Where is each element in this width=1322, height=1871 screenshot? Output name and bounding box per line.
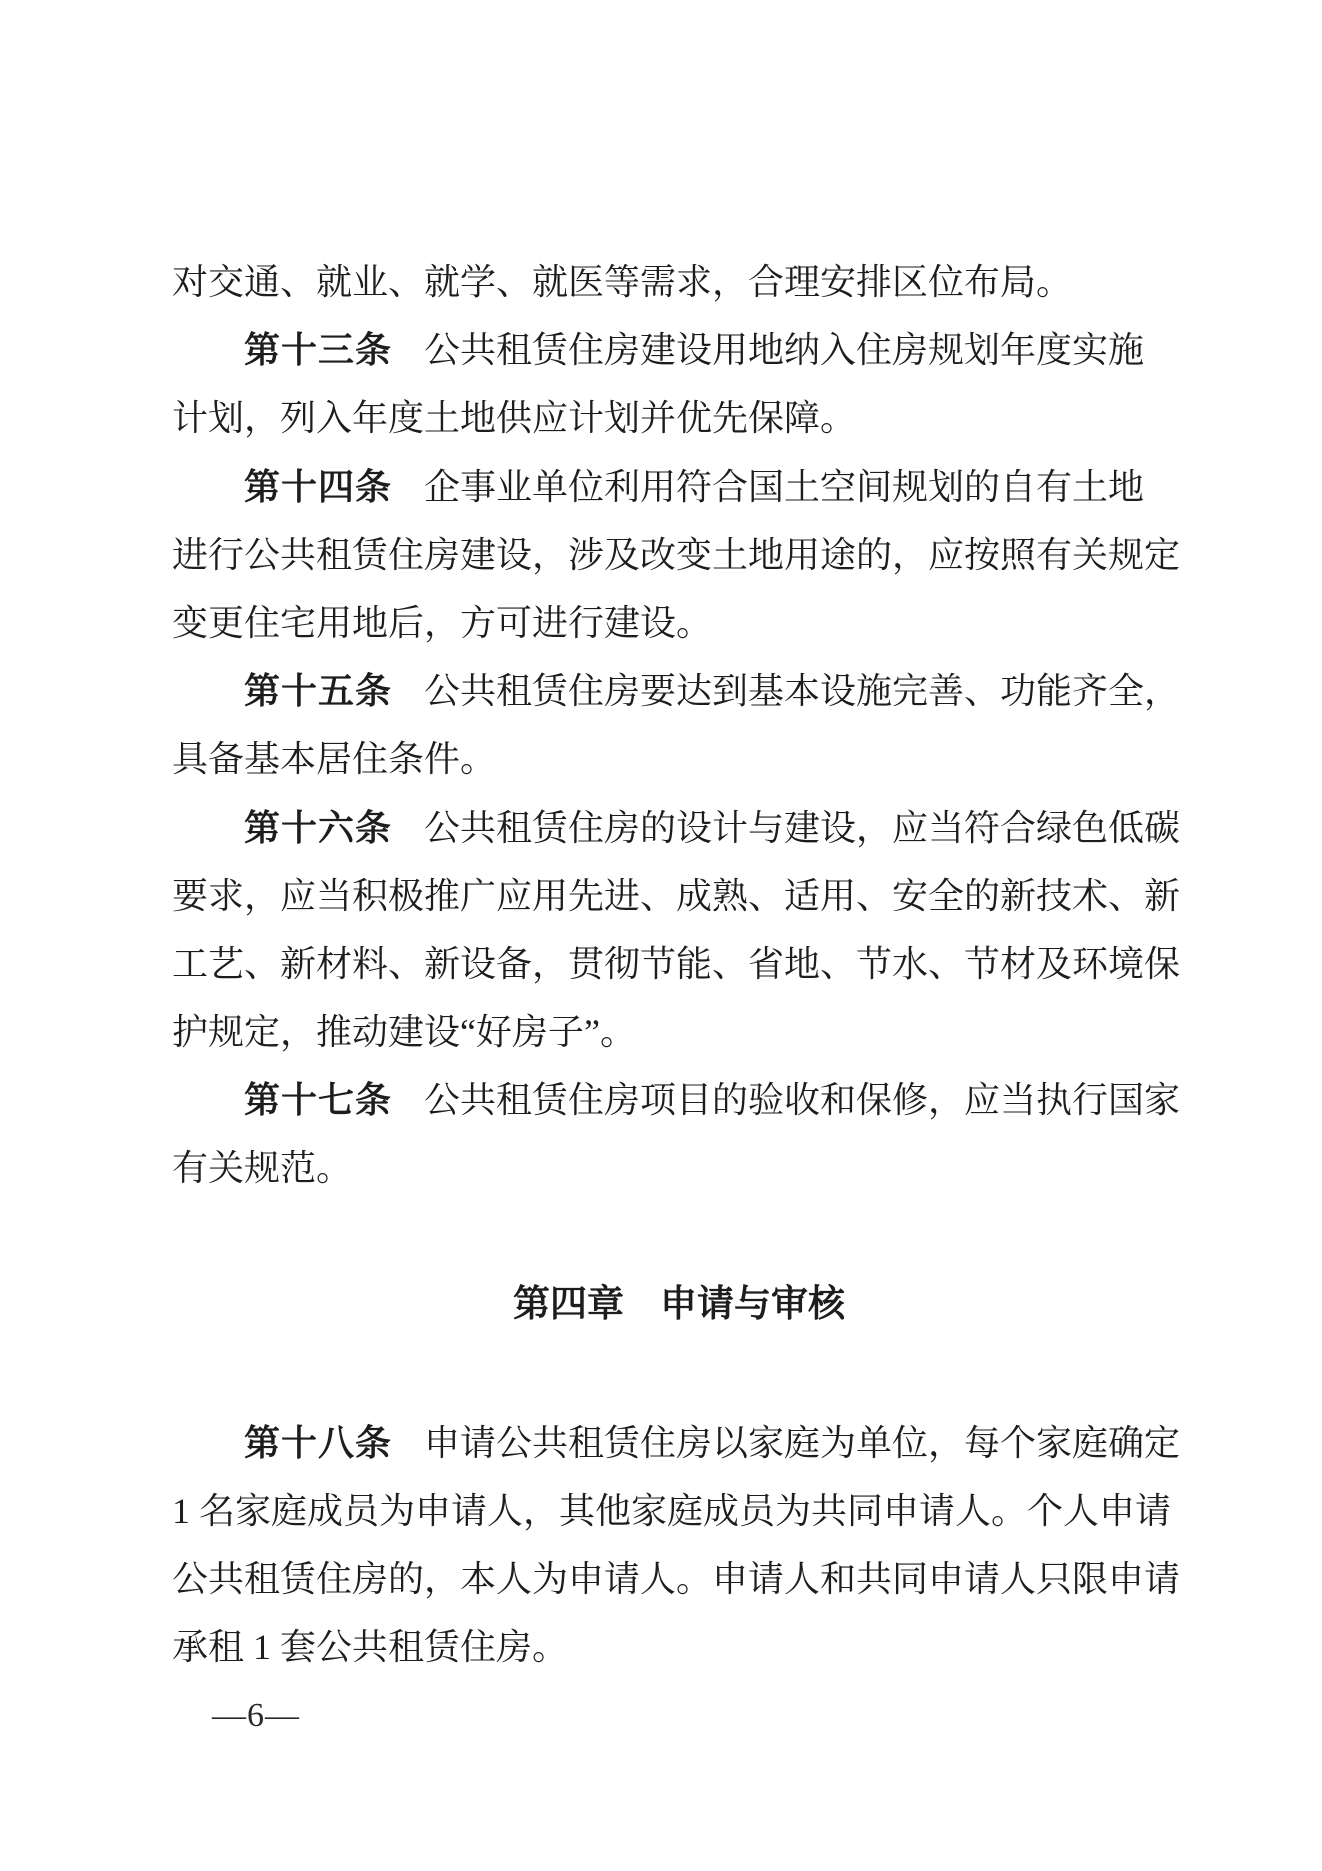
- line-text: 公共租赁住房要达到基本设施完善、功能齐全，: [424, 671, 1180, 711]
- article-16-line-1: 第十六条公共租赁住房的设计与建设，应当符合绿色低碳: [172, 794, 1186, 862]
- article-14-line-3: 变更住宅用地后，方可进行建设。: [172, 589, 1186, 657]
- article-14-label: 第十四条: [244, 466, 392, 507]
- article-17-line-2: 有关规范。: [172, 1134, 1186, 1202]
- article-17-line-1: 第十七条公共租赁住房项目的验收和保修，应当执行国家: [172, 1066, 1186, 1134]
- document-page: 对交通、就业、就学、就医等需求，合理安排区位布局。 第十三条公共租赁住房建设用地…: [0, 0, 1322, 1871]
- article-16-label: 第十六条: [244, 807, 392, 848]
- chapter-title: 申请与审核: [660, 1283, 845, 1324]
- line-text: 公共租赁住房建设用地纳入住房规划年度实施: [424, 330, 1144, 370]
- article-18-line-1: 第十八条申请公共租赁住房以家庭为单位，每个家庭确定: [172, 1409, 1186, 1477]
- article-15-line-1: 第十五条公共租赁住房要达到基本设施完善、功能齐全，: [172, 657, 1186, 725]
- line-text: 公共租赁住房的设计与建设，应当符合绿色低碳: [424, 808, 1180, 848]
- article-13-line-2: 计划，列入年度土地供应计划并优先保障。: [172, 384, 1186, 452]
- article-18-line-2: 1 名家庭成员为申请人，其他家庭成员为共同申请人。个人申请: [172, 1477, 1186, 1545]
- line-text: 申请公共租赁住房以家庭为单位，每个家庭确定: [424, 1423, 1180, 1463]
- article-13-label: 第十三条: [244, 329, 392, 370]
- article-14-line-2: 进行公共租赁住房建设，涉及改变土地用途的，应按照有关规定: [172, 521, 1186, 589]
- article-18-line-4: 承租 1 套公共租赁住房。: [172, 1613, 1186, 1681]
- article-14-line-1: 第十四条企事业单位利用符合国土空间规划的自有土地: [172, 453, 1186, 521]
- article-15-line-2: 具备基本居住条件。: [172, 725, 1186, 793]
- article-18-line-3: 公共租赁住房的，本人为申请人。申请人和共同申请人只限申请: [172, 1545, 1186, 1613]
- article-18-label: 第十八条: [244, 1422, 392, 1463]
- article-16-line-3: 工艺、新材料、新设备，贯彻节能、省地、节水、节材及环境保: [172, 930, 1186, 998]
- article-15-label: 第十五条: [244, 670, 392, 711]
- chapter-number: 第四章: [513, 1283, 624, 1324]
- page-number: —6—: [212, 1696, 1186, 1736]
- line-text: 企事业单位利用符合国土空间规划的自有土地: [424, 467, 1144, 507]
- chapter-heading: 第四章申请与审核: [172, 1270, 1186, 1338]
- document-text-block: 对交通、就业、就学、就医等需求，合理安排区位布局。 第十三条公共租赁住房建设用地…: [172, 248, 1186, 1736]
- article-13-line-1: 第十三条公共租赁住房建设用地纳入住房规划年度实施: [172, 316, 1186, 384]
- article-16-line-4: 护规定，推动建设“好房子”。: [172, 998, 1186, 1066]
- continuation-line: 对交通、就业、就学、就医等需求，合理安排区位布局。: [172, 248, 1186, 316]
- article-16-line-2: 要求，应当积极推广应用先进、成熟、适用、安全的新技术、新: [172, 862, 1186, 930]
- article-17-label: 第十七条: [244, 1079, 392, 1120]
- line-text: 公共租赁住房项目的验收和保修，应当执行国家: [424, 1080, 1180, 1120]
